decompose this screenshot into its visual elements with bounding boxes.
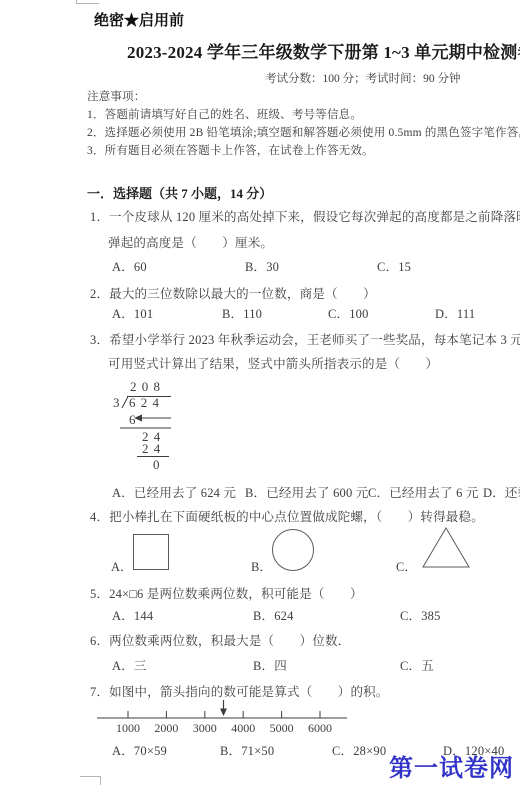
q3-option-d: D．还剩 [483,483,520,501]
division-quotient: 2 0 8 [130,379,161,394]
q1-option-b: B．30 [245,257,279,275]
q2-option-d: D．111 [435,304,475,322]
tick-label-5000: 5000 [270,721,294,735]
tick-label-6000: 6000 [308,721,332,735]
q3-option-a: A．已经用去了 624 元 [112,483,236,501]
question-3-line-2: 可用竖式计算出了结果，竖式中箭头所指表示的是（ ） [108,354,438,372]
question-2-line-1: 2．最大的三位数除以最大的一位数，商是（ ） [90,284,376,302]
long-division-figure: 2 0 8 3 6 2 4 6 2 4 2 4 0 [103,377,188,477]
question-3-line-1: 3．希望小学举行 2023 年秋季运动会，王老师买了一些奖品，每本笔记本 3 元… [90,330,520,348]
division-step3: 2 4 [142,441,161,456]
triangle-shape [421,526,471,569]
q2-option-a: A．101 [112,304,153,322]
question-1-line-2: 弹起的高度是（ ）厘米。 [108,233,273,251]
q4-shape-label-c: C． [396,557,417,575]
tick-label-1000: 1000 [116,721,140,735]
q1-option-c: C．15 [377,257,411,275]
division-bracket [122,397,128,409]
q6-option-a: A．三 [112,656,147,674]
page-crop-mark-top [76,0,99,4]
q7-option-c: C．28×90 [332,741,386,759]
page-title: 2023-2024 学年三年级数学下册第 1~3 单元期中检测卷（ [127,38,520,63]
pointer-arrow-head [220,709,227,717]
q4-shape-label-b: B． [251,557,272,575]
q4-shape-label-a: A． [111,557,133,575]
page-crop-mark-bottom [80,776,101,785]
section-heading: 一．选择题（共 7 小题，14 分） [87,183,272,202]
q2-option-c: C．100 [328,304,369,322]
q6-option-b: B．四 [253,656,287,674]
division-dividend: 6 2 4 [129,395,160,410]
division-remainder: 0 [153,457,160,472]
notice-item-2: 2．选择题必须使用 2B 铅笔填涂;填空题和解答题必须使用 0.5mm 的黑色签… [87,124,520,140]
division-divisor: 3 [113,395,120,410]
notice-item-3: 3．所有题目必须在答题卡上作答，在试卷上作答无效。 [87,142,374,158]
division-step1: 6 [129,412,136,427]
tick-label-3000: 3000 [193,721,217,735]
q7-option-a: A．70×59 [112,741,167,759]
q5-option-b: B．624 [253,606,294,624]
site-watermark: 第一试卷网 [389,748,514,783]
circle-shape [272,529,314,571]
q3-option-b: B．已经用去了 600 元 [245,483,368,501]
question-4-line-1: 4．把小棒扎在下面硬纸板的中心点位置做成陀螺，（ ）转得最稳。 [90,507,484,525]
q3-option-c: C．已经用去了 6 元 [368,483,479,501]
q5-option-c: C．385 [400,606,441,624]
q6-option-c: C．五 [400,656,434,674]
tick-label-2000: 2000 [154,721,178,735]
q1-option-a: A．60 [112,257,147,275]
tick-label-4000: 4000 [231,721,255,735]
exam-info: 考试分数：100 分；考试时间：90 分钟 [265,70,461,86]
classification-banner: 绝密★启用前 [94,9,184,30]
q7-option-b: B．71×50 [220,741,274,759]
notice-item-1: 1．答题前请填写好自己的姓名、班级、考号等信息。 [87,106,362,122]
question-6-line-1: 6．两位数乘两位数，积最大是（ ）位数． [90,631,350,649]
notice-heading: 注意事项： [87,88,146,104]
square-shape [133,534,169,570]
q2-option-b: B．110 [222,304,262,322]
question-5-line-1: 5．24×□6 是两位数乘两位数，积可能是（ ） [90,584,363,602]
question-1-line-1: 1．一个皮球从 120 厘米的高处掉下来，假设它每次弹起的高度都是之前降落时高度… [90,207,520,225]
number-line-figure: 1000 2000 3000 4000 5000 6000 [93,694,363,738]
exam-paper-page: 绝密★启用前 2023-2024 学年三年级数学下册第 1~3 单元期中检测卷（… [0,0,520,786]
q5-option-a: A．144 [112,606,153,624]
